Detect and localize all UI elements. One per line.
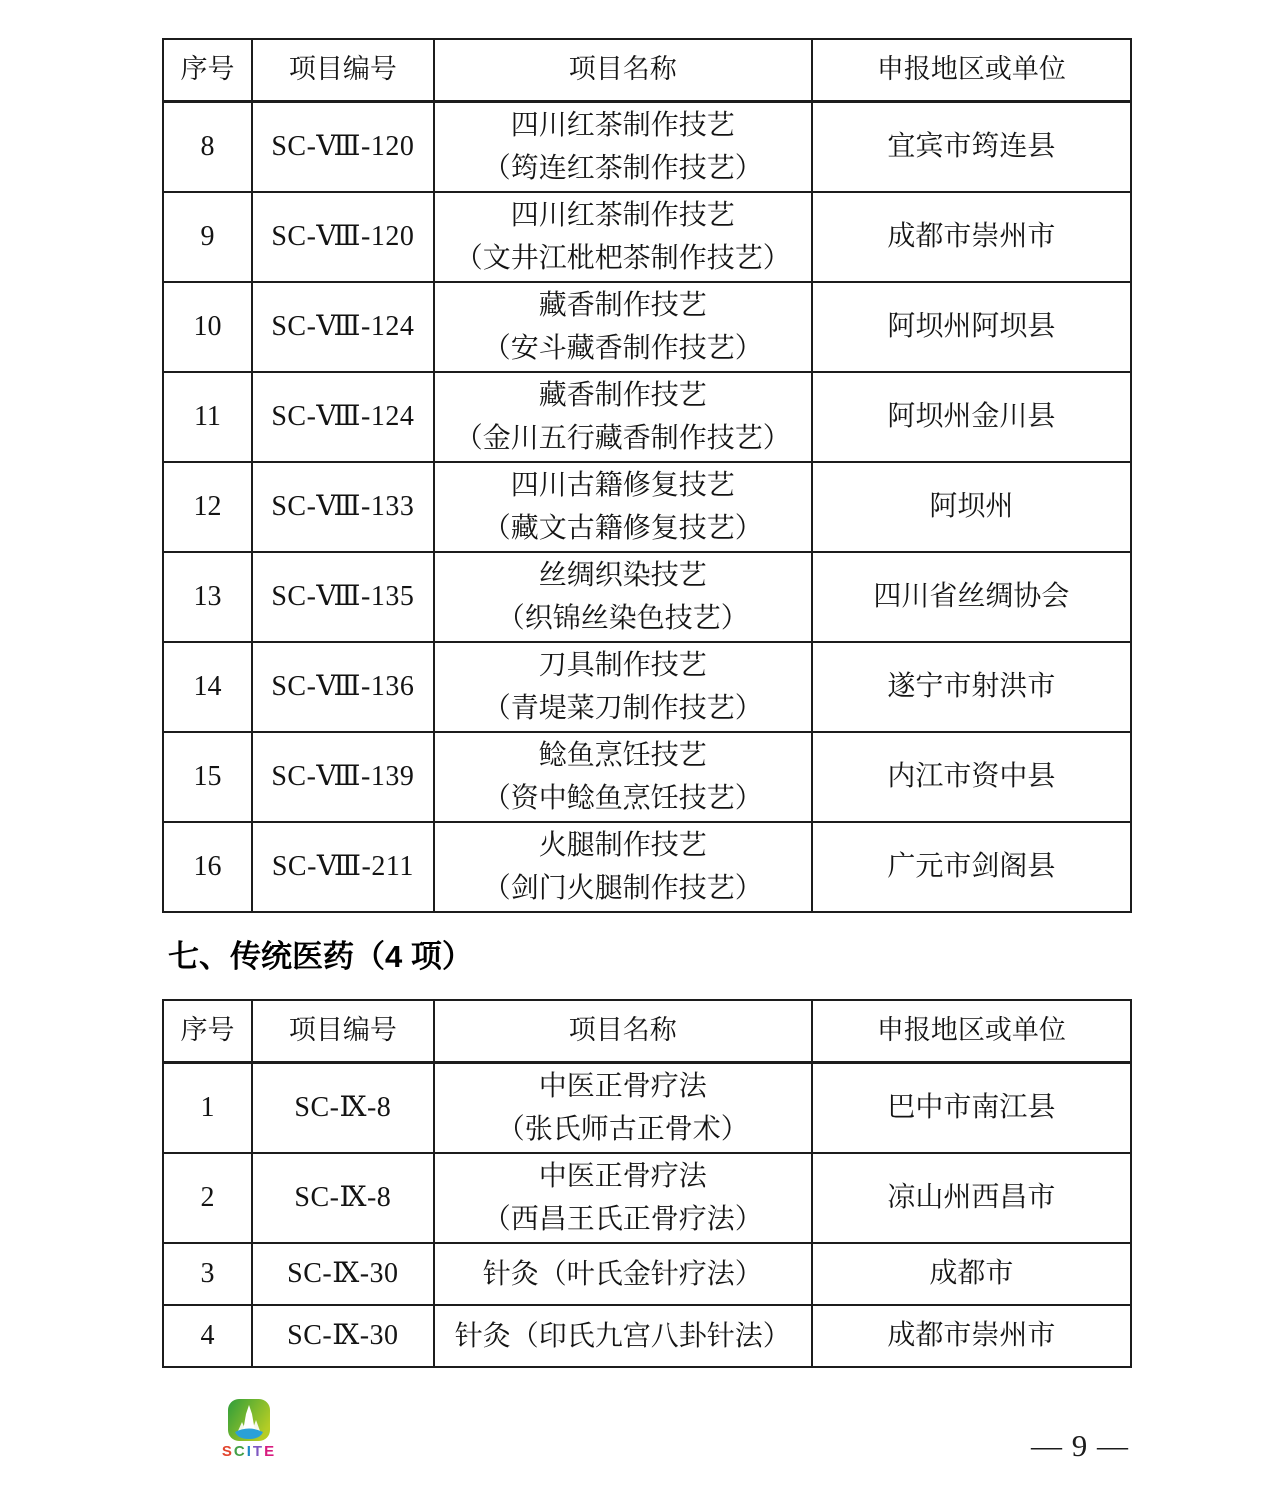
cell-name: 刀具制作技艺 （青堤菜刀制作技艺） (434, 642, 812, 732)
cell-no: 9 (163, 192, 252, 282)
name-line-1: 丝绸织染技艺 (439, 554, 807, 597)
table-row: 12 SC-Ⅷ-133 四川古籍修复技艺 （藏文古籍修复技艺） 阿坝州 (163, 462, 1131, 552)
table-row: 8 SC-Ⅷ-120 四川红茶制作技艺 （筠连红茶制作技艺） 宜宾市筠连县 (163, 102, 1131, 193)
cell-name: 火腿制作技艺 （剑门火腿制作技艺） (434, 822, 812, 912)
table-row: 3 SC-Ⅸ-30 针灸（叶氏金针疗法） 成都市 (163, 1243, 1131, 1305)
cell-region: 遂宁市射洪市 (812, 642, 1131, 732)
name-line-1: 针灸（印氏九宫八卦针法） (439, 1315, 807, 1358)
name-line-1: 四川古籍修复技艺 (439, 464, 807, 507)
scite-logo-icon (227, 1398, 271, 1442)
name-line-1: 鲶鱼烹饪技艺 (439, 734, 807, 777)
cell-region: 宜宾市筠连县 (812, 102, 1131, 193)
heritage-table-2: 序号 项目编号 项目名称 申报地区或单位 1 SC-Ⅸ-8 中医正骨疗法 （张氏… (162, 999, 1132, 1368)
section-heading: 七、传统医药（4 项） (168, 937, 1132, 977)
cell-code: SC-Ⅷ-133 (252, 462, 434, 552)
cell-name: 四川红茶制作技艺 （筠连红茶制作技艺） (434, 102, 812, 193)
cell-no: 11 (163, 372, 252, 462)
heritage-table-1: 序号 项目编号 项目名称 申报地区或单位 8 SC-Ⅷ-120 四川红茶制作技艺… (162, 38, 1132, 913)
logo-letter: S (222, 1443, 234, 1460)
cell-no: 10 (163, 282, 252, 372)
cell-no: 15 (163, 732, 252, 822)
cell-code: SC-Ⅸ-30 (252, 1243, 434, 1305)
cell-name: 藏香制作技艺 （安斗藏香制作技艺） (434, 282, 812, 372)
cell-no: 14 (163, 642, 252, 732)
table-row: 10 SC-Ⅷ-124 藏香制作技艺 （安斗藏香制作技艺） 阿坝州阿坝县 (163, 282, 1131, 372)
name-line-1: 藏香制作技艺 (439, 374, 807, 417)
cell-region: 凉山州西昌市 (812, 1153, 1131, 1243)
name-line-2: （织锦丝染色技艺） (439, 597, 807, 640)
table-header-row: 序号 项目编号 项目名称 申报地区或单位 (163, 1000, 1131, 1063)
name-line-2: （张氏师古正骨术） (439, 1108, 807, 1151)
page-number: — 9 — (1010, 1428, 1150, 1464)
col-header-code: 项目编号 (252, 39, 434, 102)
name-line-1: 中医正骨疗法 (439, 1065, 807, 1108)
name-line-2: （藏文古籍修复技艺） (439, 507, 807, 550)
cell-name: 四川古籍修复技艺 （藏文古籍修复技艺） (434, 462, 812, 552)
name-line-1: 四川红茶制作技艺 (439, 104, 807, 147)
cell-region: 阿坝州 (812, 462, 1131, 552)
logo-letter: T (253, 1443, 264, 1460)
table-header-row: 序号 项目编号 项目名称 申报地区或单位 (163, 39, 1131, 102)
col-header-code: 项目编号 (252, 1000, 434, 1063)
col-header-no: 序号 (163, 1000, 252, 1063)
name-line-2: （文井江枇杷茶制作技艺） (439, 237, 807, 280)
cell-no: 16 (163, 822, 252, 912)
cell-no: 12 (163, 462, 252, 552)
cell-code: SC-Ⅷ-136 (252, 642, 434, 732)
page-content: 序号 项目编号 项目名称 申报地区或单位 8 SC-Ⅷ-120 四川红茶制作技艺… (162, 38, 1132, 1368)
cell-no: 8 (163, 102, 252, 193)
cell-name: 鲶鱼烹饪技艺 （资中鲶鱼烹饪技艺） (434, 732, 812, 822)
cell-code: SC-Ⅷ-124 (252, 372, 434, 462)
table-row: 16 SC-Ⅷ-211 火腿制作技艺 （剑门火腿制作技艺） 广元市剑阁县 (163, 822, 1131, 912)
cell-region: 成都市崇州市 (812, 192, 1131, 282)
cell-code: SC-Ⅸ-8 (252, 1063, 434, 1154)
cell-code: SC-Ⅸ-8 (252, 1153, 434, 1243)
cell-region: 巴中市南江县 (812, 1063, 1131, 1154)
col-header-region: 申报地区或单位 (812, 1000, 1131, 1063)
name-line-1: 火腿制作技艺 (439, 824, 807, 867)
logo-letter: C (234, 1443, 247, 1460)
name-line-1: 刀具制作技艺 (439, 644, 807, 687)
table-row: 13 SC-Ⅷ-135 丝绸织染技艺 （织锦丝染色技艺） 四川省丝绸协会 (163, 552, 1131, 642)
cell-region: 内江市资中县 (812, 732, 1131, 822)
document-page: 序号 项目编号 项目名称 申报地区或单位 8 SC-Ⅷ-120 四川红茶制作技艺… (0, 0, 1280, 1493)
cell-region: 成都市崇州市 (812, 1305, 1131, 1367)
cell-name: 四川红茶制作技艺 （文井江枇杷茶制作技艺） (434, 192, 812, 282)
name-line-1: 针灸（叶氏金针疗法） (439, 1253, 807, 1296)
name-line-2: （西昌王氏正骨疗法） (439, 1198, 807, 1241)
cell-no: 1 (163, 1063, 252, 1154)
name-line-2: （筠连红茶制作技艺） (439, 147, 807, 190)
name-line-1: 藏香制作技艺 (439, 284, 807, 327)
name-line-2: （安斗藏香制作技艺） (439, 327, 807, 370)
cell-name: 针灸（印氏九宫八卦针法） (434, 1305, 812, 1367)
logo-letter: E (264, 1443, 276, 1460)
cell-no: 3 (163, 1243, 252, 1305)
name-line-1: 中医正骨疗法 (439, 1155, 807, 1198)
cell-code: SC-Ⅷ-211 (252, 822, 434, 912)
table-row: 15 SC-Ⅷ-139 鲶鱼烹饪技艺 （资中鲶鱼烹饪技艺） 内江市资中县 (163, 732, 1131, 822)
cell-name: 中医正骨疗法 （西昌王氏正骨疗法） (434, 1153, 812, 1243)
cell-name: 针灸（叶氏金针疗法） (434, 1243, 812, 1305)
cell-region: 阿坝州金川县 (812, 372, 1131, 462)
name-line-2: （金川五行藏香制作技艺） (439, 417, 807, 460)
name-line-2: （剑门火腿制作技艺） (439, 867, 807, 910)
cell-region: 阿坝州阿坝县 (812, 282, 1131, 372)
cell-code: SC-Ⅷ-120 (252, 192, 434, 282)
col-header-name: 项目名称 (434, 1000, 812, 1063)
name-line-2: （青堤菜刀制作技艺） (439, 687, 807, 730)
cell-no: 13 (163, 552, 252, 642)
name-line-1: 四川红茶制作技艺 (439, 194, 807, 237)
col-header-no: 序号 (163, 39, 252, 102)
cell-name: 丝绸织染技艺 （织锦丝染色技艺） (434, 552, 812, 642)
table-row: 14 SC-Ⅷ-136 刀具制作技艺 （青堤菜刀制作技艺） 遂宁市射洪市 (163, 642, 1131, 732)
cell-region: 四川省丝绸协会 (812, 552, 1131, 642)
table-row: 4 SC-Ⅸ-30 针灸（印氏九宫八卦针法） 成都市崇州市 (163, 1305, 1131, 1367)
cell-code: SC-Ⅷ-124 (252, 282, 434, 372)
col-header-region: 申报地区或单位 (812, 39, 1131, 102)
name-line-2: （资中鲶鱼烹饪技艺） (439, 777, 807, 820)
scite-logo: SCITE (220, 1398, 278, 1460)
table-row: 1 SC-Ⅸ-8 中医正骨疗法 （张氏师古正骨术） 巴中市南江县 (163, 1063, 1131, 1154)
cell-name: 藏香制作技艺 （金川五行藏香制作技艺） (434, 372, 812, 462)
table-row: 9 SC-Ⅷ-120 四川红茶制作技艺 （文井江枇杷茶制作技艺） 成都市崇州市 (163, 192, 1131, 282)
cell-name: 中医正骨疗法 （张氏师古正骨术） (434, 1063, 812, 1154)
table-row: 2 SC-Ⅸ-8 中医正骨疗法 （西昌王氏正骨疗法） 凉山州西昌市 (163, 1153, 1131, 1243)
cell-no: 2 (163, 1153, 252, 1243)
scite-logo-text: SCITE (220, 1443, 278, 1460)
cell-no: 4 (163, 1305, 252, 1367)
cell-code: SC-Ⅷ-135 (252, 552, 434, 642)
cell-region: 成都市 (812, 1243, 1131, 1305)
col-header-name: 项目名称 (434, 39, 812, 102)
cell-code: SC-Ⅸ-30 (252, 1305, 434, 1367)
cell-region: 广元市剑阁县 (812, 822, 1131, 912)
cell-code: SC-Ⅷ-139 (252, 732, 434, 822)
table-row: 11 SC-Ⅷ-124 藏香制作技艺 （金川五行藏香制作技艺） 阿坝州金川县 (163, 372, 1131, 462)
cell-code: SC-Ⅷ-120 (252, 102, 434, 193)
